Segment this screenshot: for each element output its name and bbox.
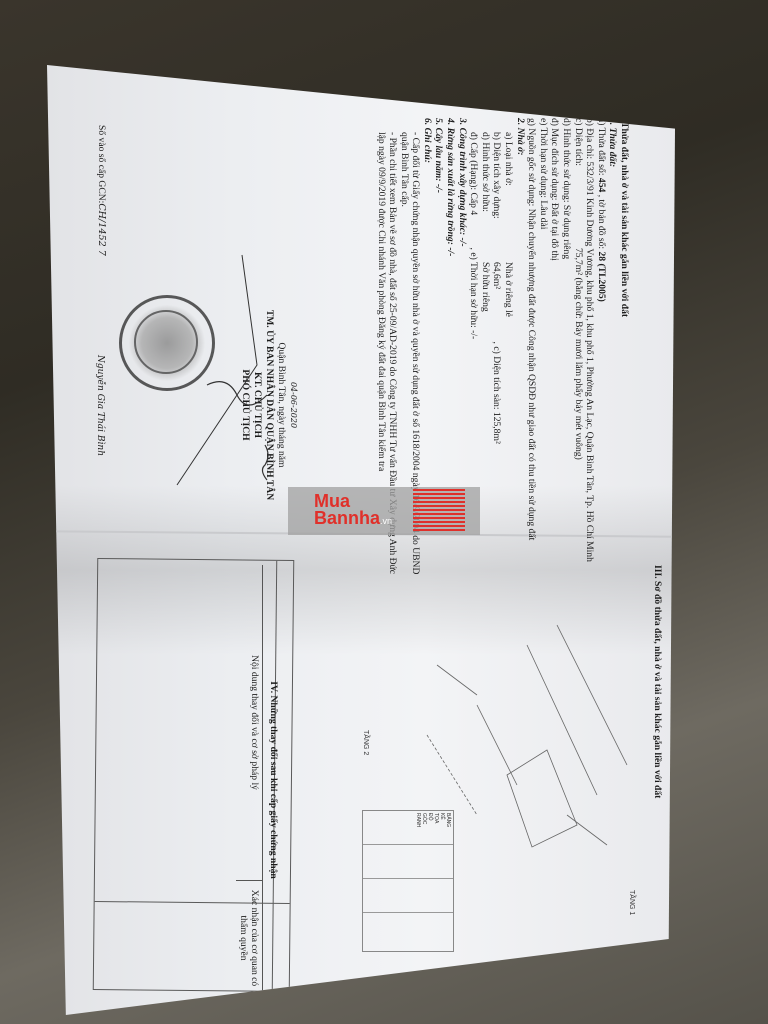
gcn-value: CH/1452 7 (96, 203, 107, 256)
building-icon (413, 489, 465, 533)
ownership: Sở hữu riêng (480, 262, 491, 312)
map-no: 28 (TL2005) (596, 252, 607, 302)
area-label: c) Diện tích: (572, 118, 584, 248)
land-certificate-page: II. Thửa đất, nhà ở và tài sản khác gắn … (47, 65, 675, 1015)
signature-scribble (147, 245, 277, 505)
section-3-title: III. Sơ đồ thửa đất, nhà ở và tài sản kh… (652, 565, 663, 965)
parcel-no: 454 (596, 178, 607, 192)
address-label: b) Địa chỉ: (584, 118, 595, 159)
floor-area-label: , c) Diện tích sàn: (491, 292, 502, 410)
grade: Cấp 4 (468, 192, 479, 215)
ownership-label: d) Hình thức sở hữu: (479, 132, 491, 262)
purpose: Đất ở tại đô thị (549, 203, 560, 261)
use-form: Sử dụng riêng (561, 205, 572, 259)
land-heading: 1. Thửa đất: (607, 110, 619, 580)
term: Lâu dài (538, 200, 549, 229)
house-type-label: a) Loại nhà ở: (502, 132, 514, 262)
section-4: IV. Những thay đổi sau khi cấp giấy chứn… (236, 565, 279, 995)
build-area: 64,6m² (491, 262, 502, 289)
floor-area: 125,8m² (491, 412, 502, 444)
section-4-title: IV. Những thay đổi sau khi cấp giấy chứn… (263, 565, 279, 995)
purpose-label: đ) Mục đích sử dụng: (549, 118, 560, 200)
origin-label: g) Nguồn gốc sử dụng: (526, 118, 537, 206)
use-form-label: d) Hình thức sử dụng: (561, 118, 572, 202)
house-type: Nhà ở riêng lẻ (503, 262, 514, 317)
gcn-label: Số vào sổ cấp GCN: (96, 125, 107, 203)
parcel-label: a) Thửa đất số: (596, 118, 607, 176)
section-2-title: II. Thửa đất, nhà ở và tài sản khác gắn … (618, 110, 630, 580)
build-area-label: b) Diện tích xây dựng: (491, 132, 503, 262)
own-term: -/- (468, 330, 479, 339)
coordinate-table: BẢNG KÊ TỌA ĐỘ GÓC RANH (362, 810, 454, 952)
floor-1-label: TẦNG 1 (628, 890, 635, 915)
origin: Nhận chuyển nhượng đất được Công nhận QS… (526, 209, 537, 541)
floor-2-label: TẦNG 2 (362, 730, 369, 755)
logo-suffix: .vn (380, 516, 392, 526)
address: 532/3/91 Kinh Dương Vương, khu phố 1, kh… (584, 161, 595, 561)
term-label: e) Thời hạn sử dụng: (538, 118, 549, 198)
house-heading: 2. Nhà ở: (514, 110, 526, 580)
changes-column-header: Nội dung thay đổi và cơ sở pháp lý (236, 565, 262, 881)
confirmation-column-header: Xác nhận của cơ quan có thẩm quyền (236, 881, 262, 995)
coord-table-title: BẢNG KÊ TỌA ĐỘ GÓC RANH (415, 813, 451, 827)
gcn-register: Số vào sổ cấp GCN: CH/1452 7 (96, 125, 107, 385)
grade-label: đ) Cấp (Hạng): (468, 132, 479, 190)
area: 75,7m² (bằng chữ: Bảy mươi lăm phẩy bảy … (573, 248, 584, 460)
own-term-label: , e) Thời hạn sở hữu: (468, 218, 479, 328)
map-label: , tờ bản đồ số: (596, 195, 607, 249)
muabannha-watermark: Mua Bannha.vn (288, 487, 480, 535)
logo-line-2: Bannha (314, 508, 380, 528)
